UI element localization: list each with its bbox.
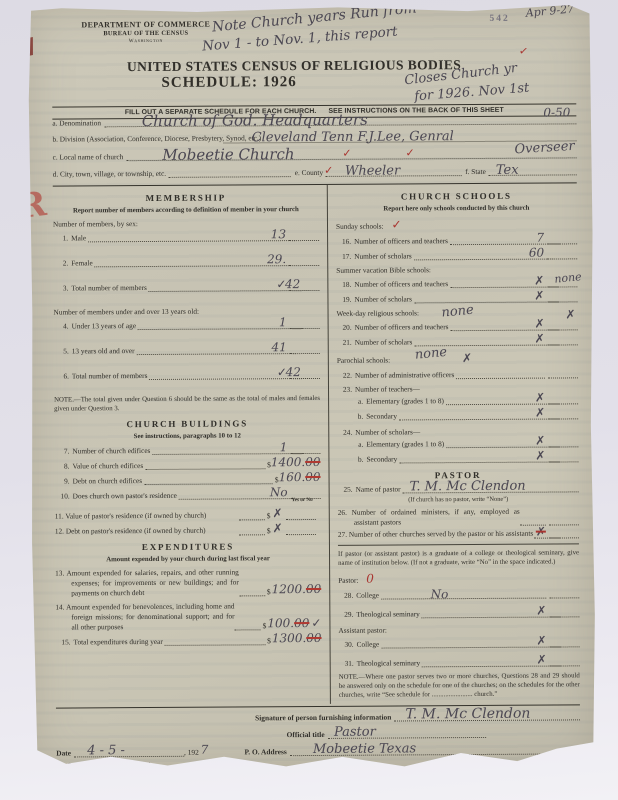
question-number: 12. — [55, 526, 64, 535]
question-label: College — [356, 590, 379, 599]
question-row: 7. Number of church edifices 1 — [54, 444, 320, 456]
field-division: b. Division (Association, Conference, Di… — [52, 131, 576, 144]
county-value: Wheeler — [345, 163, 400, 178]
question-label: Theological seminary — [356, 609, 419, 618]
handwritten-value: No — [270, 485, 288, 499]
dotted-leader: No — [381, 588, 546, 599]
dotted-leader — [235, 621, 261, 631]
schedule-year: SCHEDULE: 1926 — [52, 73, 406, 92]
spacer — [56, 723, 255, 724]
question-label: Female — [71, 259, 93, 268]
question-row: 28. College No — [338, 588, 579, 599]
dollar-sign: $ — [267, 587, 271, 596]
form-codes: 8—3518 a 11—9054 — [56, 760, 580, 769]
date-value: 4 - 5 - — [87, 743, 125, 758]
division-label: b. Division (Association, Conference, Di… — [52, 135, 220, 145]
dotted-leader: T. M. Mc Clendon — [403, 483, 579, 494]
question-label-text: Number of ordained ministers, if any, em… — [352, 507, 520, 527]
question-label: Number of administrative officers — [355, 370, 454, 380]
answer-area — [520, 507, 579, 527]
question-label: Male — [71, 234, 86, 243]
handwritten-x-mark: ✗ — [535, 434, 545, 448]
po-address-label: P. O. Address — [244, 747, 286, 756]
date-address-row: Date 4 - 5 - , 192 7 P. O. Address Mobee… — [56, 745, 580, 758]
question-number: 1. — [53, 234, 68, 243]
handwritten-x-mark: ✗ — [565, 308, 575, 322]
red-checkmark: ✓ — [311, 616, 321, 630]
form-code-left: 8—3518 a — [60, 763, 83, 769]
red-checkmark: ✓ — [276, 277, 286, 291]
red-checkmark: ✓ — [405, 146, 414, 159]
question-row: 21. Number of scholars ✗ — [337, 336, 578, 347]
buildings-heading: CHURCH BUILDINGS — [54, 417, 320, 429]
question-row: 8. Value of church edifices $ 1400. 00 — [54, 459, 320, 471]
official-title-label: Official title — [287, 730, 325, 739]
question-number: 3. — [53, 284, 68, 293]
question-row: 20. Number of officers and teachers ✗ ✗ — [337, 321, 578, 332]
dotted-leader — [95, 256, 291, 267]
question-number: 24. — [337, 428, 352, 437]
question-row: 22. Number of administrative officers — [337, 369, 578, 380]
red-checkmark: ✓ — [342, 147, 351, 160]
question-label: Total expenditures during year — [74, 637, 163, 647]
handwritten-x-mark: ✗ — [535, 391, 545, 405]
membership-note: NOTE.—The total given under Question 6 s… — [54, 394, 320, 414]
field-denomination: a. Denomination Church of God. Headquart… — [52, 114, 576, 127]
question-number: 21. — [337, 338, 352, 347]
answer-area: $ ✗ — [239, 525, 316, 536]
handwritten-value: 1 — [280, 440, 288, 454]
question-row: 1. Male 13 — [53, 231, 319, 243]
group-label-text: Pastor: — [338, 575, 358, 584]
group-label: Parochial schools: none ✗ — [337, 351, 578, 366]
dotted-leader — [286, 510, 316, 520]
question-label: Debt on church edifices — [73, 476, 143, 485]
question-label: Total number of members — [71, 283, 147, 292]
signature-label: Signature of person furnishing informati… — [255, 713, 391, 723]
dotted-leader — [548, 369, 578, 379]
handwritten-cents-struck: 00 — [305, 470, 320, 484]
question-subrow: a. Elementary (grades 1 to 8) ✗ — [353, 395, 578, 406]
year-digit-value: 7 — [201, 743, 209, 757]
official-title-row: Official title Pastor — [56, 728, 580, 741]
handwritten-x-mark: ✗ — [536, 603, 546, 617]
form-body: MEMBERSHIP Report number of members acco… — [53, 182, 580, 705]
question-number: 9. — [55, 476, 70, 485]
dollar-sign: $ — [267, 526, 271, 535]
answer-area: ✗ — [534, 529, 579, 540]
official-title-value: Pastor — [334, 725, 376, 740]
question-label: Number of officers and teachers — [354, 236, 448, 246]
field-city-county-state: d. City, town, village, or township, etc… — [53, 165, 577, 178]
question-number: 29. — [338, 609, 353, 618]
city-label: d. City, town, village, or township, etc… — [53, 169, 166, 179]
question-row: 3. Total number of members 42 ✓ — [53, 281, 319, 293]
dotted-leader — [144, 474, 273, 485]
question-label: 14. Amount expended for benevolences, in… — [55, 602, 234, 633]
pastor-note: NOTE.—Where one pastor serves two or mor… — [339, 671, 580, 700]
red-zero-mark: 0 — [366, 571, 374, 585]
state-label: f. State — [465, 167, 486, 176]
handwritten-x-mark: ✗ — [273, 521, 283, 535]
question-row: 13. Amount expended for salaries, repair… — [55, 567, 321, 599]
question-row: 9. Debt on church edifices $ 160. 00 — [55, 474, 321, 486]
denomination-code: 0-50 — [543, 105, 570, 119]
question-number: 17. — [336, 252, 351, 261]
question-number: 2. — [53, 259, 68, 268]
question-row: 6. Total number of members 42 ✓ — [54, 369, 320, 381]
signature-section: Signature of person furnishing informati… — [56, 705, 580, 769]
dotted-leader — [549, 516, 579, 526]
handwritten-cents-struck: 00 — [305, 455, 320, 469]
answer-area: $ 1200. 00 — [239, 567, 322, 598]
question-label: Elementary (grades 1 to 8) — [366, 396, 444, 405]
dollar-sign: $ — [263, 622, 267, 631]
question-number: 7. — [54, 446, 69, 455]
question-label: 27. Number of other churches served by t… — [338, 529, 534, 541]
question-row: 14. Amount expended for benevolences, in… — [55, 601, 321, 633]
question-label: 11. Value of pastor's residence (if owne… — [55, 510, 239, 522]
question-number: 27. — [338, 530, 347, 539]
right-column: CHURCH SCHOOLS Report here only schools … — [328, 183, 580, 704]
handwritten-x-mark: ✗ — [535, 406, 545, 420]
dotted-leader — [381, 637, 560, 648]
question-row: 30. College ✗ — [339, 637, 580, 648]
dotted-leader — [165, 636, 265, 647]
question-row: 29. Theological seminary ✗ — [338, 607, 579, 618]
question-row: 15. Total expenditures during year $ 130… — [56, 635, 322, 647]
membership-section: Number of members, by sex: 1. Male 13 2.… — [53, 218, 320, 381]
question-label: 13. Amount expended for salaries, repair… — [55, 567, 239, 598]
group-label: Sunday schools: ✓ — [336, 217, 577, 232]
question-label: Number of church edifices — [72, 446, 150, 455]
handwritten-value: 1 — [279, 315, 287, 329]
dotted-leader — [456, 369, 545, 380]
question-number: 6. — [54, 372, 69, 381]
question-label: Under 13 years of age — [72, 321, 136, 330]
question-row: 18. Number of officers and teachers ✗ no… — [336, 278, 577, 289]
official-title-line: Pastor — [328, 728, 486, 739]
pastor-name-value: T. M. Mc Clendon — [410, 479, 526, 495]
dotted-leader — [239, 510, 265, 520]
question-row: 5. 13 years old and over 41 — [54, 344, 320, 356]
group-label-text: Sunday schools: — [336, 222, 384, 231]
dotted-leader — [239, 525, 265, 535]
handwritten-none-note: none — [553, 270, 581, 285]
question-label-text: Amount expended for salaries, repairs, a… — [66, 567, 238, 597]
serial-number-stamp: 542 — [489, 14, 509, 24]
signature-row: Signature of person furnishing informati… — [56, 711, 580, 724]
handwritten-value: 160. — [278, 470, 305, 484]
signature-value: T. M. Mc Clendon — [405, 706, 530, 723]
county-line: ✓ Wheeler — [326, 166, 461, 177]
group-label: Pastor: 0 — [338, 570, 579, 585]
department-name: DEPARTMENT OF COMMERCE — [66, 20, 226, 31]
question-subrow: b. Secondary ✗ — [353, 410, 578, 421]
question-label: Number of scholars — [354, 295, 412, 304]
county-label: e. County — [295, 168, 323, 177]
dollar-sign: $ — [267, 636, 271, 645]
handwritten-value: 42 — [286, 365, 301, 379]
dotted-leader — [289, 256, 319, 266]
red-checkmark: ✓ — [391, 218, 401, 232]
field-local-name: c. Local name of church Mobeetie Church … — [53, 148, 577, 161]
question-row: 2. Female 29. — [53, 256, 319, 268]
question-row: 12. Debt on pastor's residence (if owned… — [55, 525, 321, 538]
question-number: 4. — [54, 322, 69, 331]
question-row: 25. Name of pastor T. M. Mc Clendon — [338, 483, 579, 494]
form-code-right: 11—9054 — [129, 762, 150, 768]
handwritten-x-mark: ✗ — [537, 652, 547, 666]
question-number: 25. — [338, 485, 353, 494]
handwritten-value: No — [430, 587, 448, 601]
handwritten-value: 100. — [267, 616, 294, 630]
no-pastor-hint: (If church has no pastor, write “None”) — [338, 496, 579, 504]
question-label: Name of pastor — [356, 485, 401, 494]
city-line — [169, 167, 291, 178]
handwritten-value: 7 — [536, 231, 544, 245]
handwritten-x-mark: ✗ — [535, 332, 545, 346]
handwritten-value: 1400. — [271, 455, 305, 469]
question-row: 31. Theological seminary ✗ — [339, 656, 580, 667]
question-label: Does church own pastor's residence — [73, 491, 177, 501]
question-letter: b. — [353, 455, 363, 464]
handwritten-x-mark: ✗ — [534, 289, 544, 303]
question-number: 22. — [337, 371, 352, 380]
handwritten-value: 1300. — [272, 631, 306, 645]
question-label: Number of scholars— — [355, 428, 420, 437]
handwritten-x-mark: ✗ — [462, 351, 472, 365]
handwritten-value: 29. — [267, 252, 286, 266]
handwritten-cents-struck: 00 — [306, 582, 321, 596]
scanned-census-form: R DEPARTMENT OF COMMERCE BUREAU OF THE C… — [28, 4, 597, 771]
dollar-sign: $ — [267, 511, 271, 520]
question-label: Secondary — [366, 412, 397, 421]
denomination-line: Church of God. Headquarters — [104, 114, 576, 127]
handwritten-none-note: none — [441, 303, 475, 321]
schools-heading: CHURCH SCHOOLS — [336, 190, 577, 201]
answer-area: $ 100. 00 ✓ — [234, 601, 321, 632]
handwritten-x-mark: ✗ — [535, 449, 545, 463]
question-label-text: Debt on pastor's residence (if owned by … — [66, 525, 206, 535]
question-label: Number of officers and teachers — [354, 279, 448, 289]
question-letter: b. — [353, 412, 363, 421]
division-value: Cleveland Tenn F.J.Lee, Genral — [252, 129, 454, 145]
printed-year-prefix: , 192 — [184, 748, 199, 757]
question-label-text: Amount expended for benevolences, includ… — [66, 602, 234, 632]
question-number: 11. — [55, 511, 64, 520]
red-checkmark: ✓ — [277, 365, 287, 379]
left-column: MEMBERSHIP Report number of members acco… — [53, 185, 331, 706]
question-number: 20. — [337, 323, 352, 332]
question-label: 13 years old and over — [72, 346, 135, 355]
spacer — [486, 738, 580, 739]
question-label: Number of teachers— — [355, 385, 420, 394]
local-name-line: Mobeetie Church ✓ ✓ — [126, 148, 576, 161]
state-value: Tex — [496, 163, 519, 178]
question-number: 15. — [56, 638, 71, 647]
question-number: 5. — [54, 347, 69, 356]
dotted-leader — [239, 586, 265, 596]
question-number: 28. — [338, 590, 353, 599]
po-address-line: Mobeetie Texas — [290, 745, 581, 757]
handwritten-x-mark-red-struck: ✗ — [536, 525, 546, 539]
date-line: 4 - 5 - — [74, 747, 184, 758]
question-label: Number of scholars — [355, 338, 413, 347]
question-row: 4. Under 13 years of age 1 — [54, 319, 320, 331]
question-label: Total number of members — [72, 371, 148, 380]
question-label: College — [357, 639, 380, 648]
local-name-label: c. Local name of church — [53, 152, 124, 161]
handwritten-x-mark: ✗ — [272, 506, 282, 520]
question-label-text: Number of other churches served by the p… — [349, 529, 533, 539]
handwritten-value: 60 — [529, 246, 544, 260]
question-label: Elementary (grades 1 to 8) — [366, 439, 444, 448]
handwritten-value: 41 — [271, 340, 286, 354]
question-row: 10. Does church own pastor's residence N… — [55, 489, 321, 501]
spacer — [56, 739, 287, 740]
handwritten-none-note: none — [414, 345, 448, 363]
question-row: 19. Number of scholars ✗ — [336, 293, 577, 304]
denomination-label: a. Denomination — [52, 118, 101, 127]
question-label: Number of scholars — [354, 252, 412, 261]
question-subrow: b. Secondary ✗ — [353, 453, 578, 464]
graduate-instruction: If pastor (or assistant pastor) is a gra… — [338, 544, 579, 569]
handwritten-cents-struck: 00 — [294, 616, 309, 630]
handwritten-value: 13 — [271, 227, 286, 241]
question-label: Value of church edifices — [72, 461, 143, 470]
state-line: Tex — [489, 165, 577, 176]
question-letter: a. — [353, 397, 363, 406]
question-letter: a. — [353, 440, 363, 449]
expenditures-heading: EXPENDITURES — [55, 541, 321, 553]
handwritten-value: 1200. — [272, 582, 306, 596]
yes-or-no-caption: Yes or No — [291, 497, 312, 503]
question-row: 17. Number of scholars 60 — [336, 250, 577, 261]
question-number: 23. — [337, 385, 352, 394]
date-annotation: Apr 9-27 — [525, 2, 574, 19]
question-number: 16. — [336, 237, 351, 246]
denomination-value: Church of God. Headquarters — [142, 111, 368, 130]
handwritten-cents-struck: 00 — [306, 631, 321, 645]
question-row: 27. Number of other churches served by t… — [338, 529, 579, 541]
handwritten-x-mark: ✗ — [536, 633, 546, 647]
question-number: 31. — [339, 658, 354, 667]
question-label: 12. Debt on pastor's residence (if owned… — [55, 525, 239, 537]
question-number: 19. — [336, 295, 351, 304]
schools-subtitle: Report here only schools conducted by th… — [342, 203, 571, 214]
expenditures-subtitle: Amount expended by your church during la… — [61, 554, 315, 565]
dotted-leader — [549, 588, 579, 598]
answer-area: $ ✗ — [239, 510, 316, 521]
buildings-subtitle: See instructions, paragraphs 10 to 12 — [60, 431, 314, 442]
group-label-text: Week-day religious schools: — [337, 309, 420, 319]
question-number: 26. — [338, 508, 347, 517]
question-label: Secondary — [366, 455, 397, 464]
handwritten-value: 42 — [285, 277, 300, 291]
question-number: 8. — [54, 461, 69, 470]
question-label: 26. Number of ordained ministers, if any… — [338, 507, 520, 528]
question-number: 10. — [55, 491, 70, 500]
membership-heading: MEMBERSHIP — [53, 192, 319, 204]
question-label: Number of officers and teachers — [355, 322, 449, 332]
handwritten-x-mark: ✗ — [534, 274, 544, 288]
red-checkmark: ✓ — [324, 164, 333, 177]
question-number: 30. — [339, 639, 354, 648]
po-address-value: Mobeetie Texas — [313, 742, 416, 758]
date-label: Date — [56, 749, 71, 758]
question-subrow: a. Elementary (grades 1 to 8) ✗ — [353, 438, 578, 449]
membership-subtitle: Report number of members according to de… — [59, 205, 313, 216]
group-label-text: Parochial schools: — [337, 356, 390, 365]
signature-line: T. M. Mc Clendon — [394, 711, 580, 722]
question-row: 16. Number of officers and teachers 7 — [336, 235, 577, 246]
form-header: DEPARTMENT OF COMMERCE BUREAU OF THE CEN… — [52, 4, 577, 117]
local-name-value: Mobeetie Church — [162, 145, 294, 164]
dotted-leader — [88, 231, 295, 242]
question-label: Theological seminary — [357, 658, 420, 667]
dotted-leader — [145, 459, 265, 470]
handwritten-x-mark: ✗ — [535, 317, 545, 331]
question-number: 18. — [336, 280, 351, 289]
dotted-leader — [286, 525, 316, 535]
question-number: 13. — [55, 568, 64, 577]
question-label-text: Value of pastor's residence (if owned by… — [65, 510, 206, 520]
question-number: 14. — [55, 603, 64, 612]
